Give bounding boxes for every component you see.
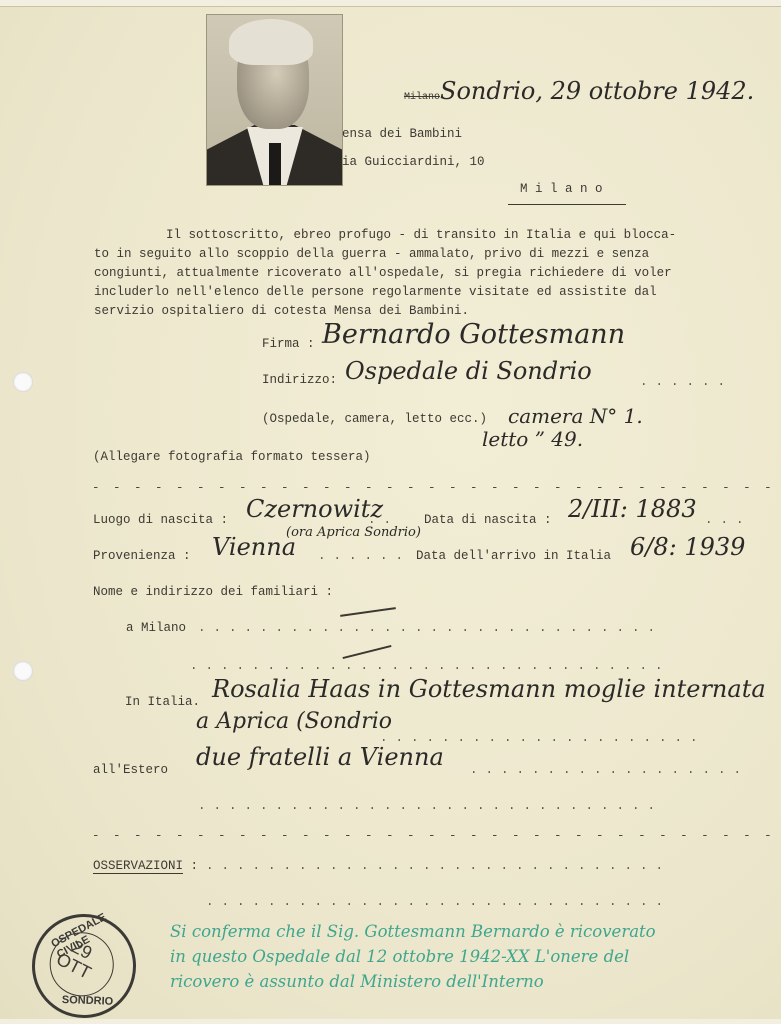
dot-leader: .............................. (206, 859, 671, 873)
city-underline (508, 204, 626, 205)
estero-value: due fratelli a Vienna (196, 743, 444, 771)
dot-leader: ............................... (190, 659, 671, 673)
confirmation-note: Si conferma che il Sig. Gottesmann Berna… (170, 919, 656, 994)
punch-hole (13, 372, 33, 392)
handwritten-place-date: Sondrio, 29 ottobre 1942. (440, 77, 754, 105)
italia-value-line2: a Aprica (Sondrio (196, 709, 392, 734)
italia-label: In Italia. (125, 695, 200, 709)
hospital-stamp: OSPEDALE CIVILE SONDRIO 29 OTT (25, 907, 142, 1024)
document-page: MilanoSondrio, 29 ottobre 1942. ensa dei… (0, 6, 781, 1019)
data-nascita-value: 2/III: 1883 (568, 495, 697, 523)
recipient-line2: ia Guicciardini, 10 (342, 155, 485, 169)
data-nascita-label: Data di nascita : (424, 513, 552, 527)
struck-place: Milano (404, 92, 440, 103)
arrivo-value: 6/8: 1939 (630, 533, 745, 561)
milano-label: a Milano (126, 621, 186, 635)
passport-photo (207, 15, 342, 185)
separator: - - - - - - - - - - - - - - - - - - - - … (92, 481, 781, 495)
dot-leader: .................. (470, 763, 749, 777)
firma-label: Firma : (262, 337, 315, 351)
provenienza-note: (ora Aprica Sondrio) (286, 525, 421, 540)
camera-value: camera N° 1. (508, 404, 643, 428)
arrivo-label: Data dell'arrivo in Italia (416, 549, 611, 563)
indirizzo-value: Ospedale di Sondrio (345, 357, 592, 385)
ospedale-label: (Ospedale, camera, letto ecc.) (262, 412, 487, 426)
dot-leader: .............................. (198, 621, 663, 635)
place-date-line: MilanoSondrio, 29 ottobre 1942. (404, 77, 754, 105)
estero-label: all'Estero (93, 763, 168, 777)
luogo-nascita-value: Czernowitz (246, 495, 383, 523)
dot-leader: .............................. (198, 799, 663, 813)
recipient-line1: ensa dei Bambini (342, 127, 462, 141)
milano-value-dash (340, 607, 396, 617)
punch-hole (13, 661, 33, 681)
photo-note: (Allegare fotografia formato tessera) (93, 450, 371, 464)
dot-leader: ... (705, 513, 752, 527)
indirizzo-label: Indirizzo: (262, 373, 337, 387)
dot-leader: ...... (640, 375, 733, 389)
dot-leader: ...... (318, 549, 411, 563)
recipient-city: M i l a n o (520, 182, 603, 196)
osservazioni-heading: OSSERVAZIONI : (93, 859, 198, 873)
luogo-nascita-label: Luogo di nascita : (93, 513, 228, 527)
body-paragraph: Il sottoscritto, ebreo profugo - di tran… (94, 226, 676, 321)
provenienza-label: Provenienza : (93, 549, 191, 563)
milano-value-dash (343, 645, 392, 659)
familiari-label: Nome e indirizzo dei familiari : (93, 585, 333, 599)
dot-leader: .............................. (206, 895, 671, 909)
italia-value-line1: Rosalia Haas in Gottesmann moglie intern… (212, 675, 766, 703)
firma-value: Bernardo Gottesmann (322, 319, 625, 350)
letto-value: letto ” 49. (482, 427, 583, 451)
separator: - - - - - - - - - - - - - - - - - - - - … (92, 829, 781, 843)
provenienza-value: Vienna (212, 533, 296, 561)
